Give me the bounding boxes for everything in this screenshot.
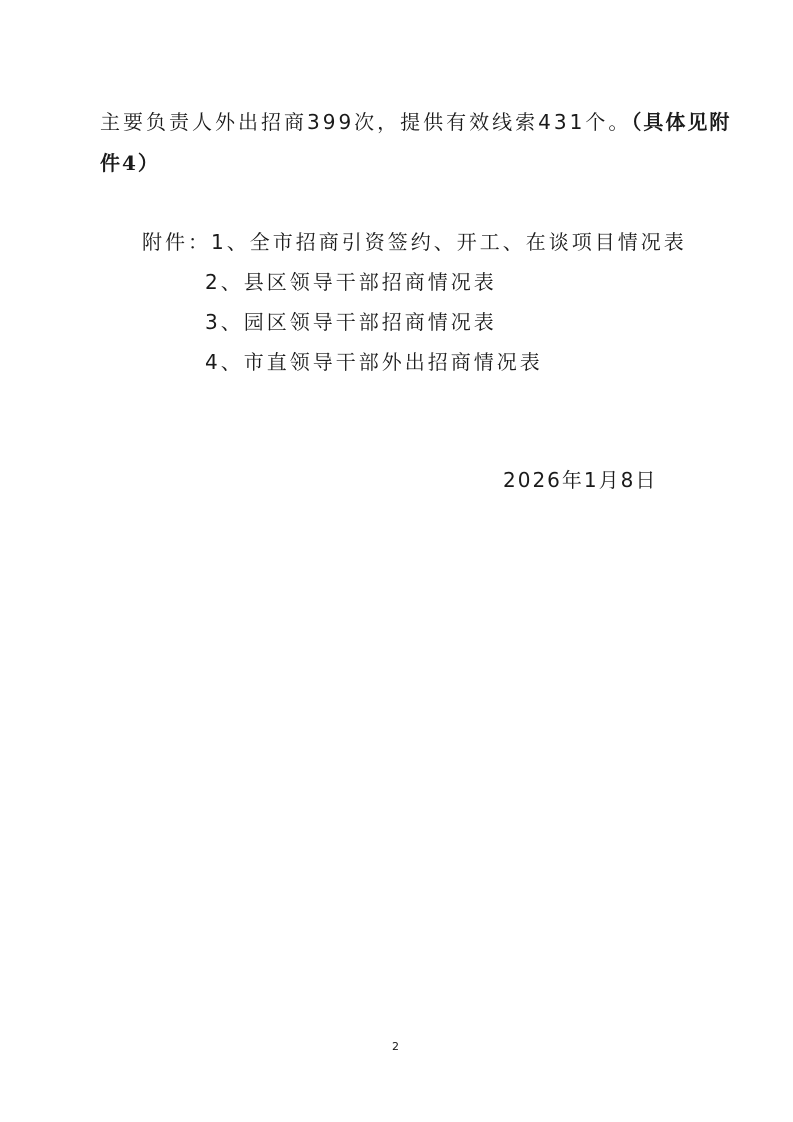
paragraph-text: 主要负责人外出招商399次，提供有效线索431个。 (100, 110, 631, 134)
attachment-item-4: 4、市直领导干部外出招商情况表 (205, 350, 543, 374)
attachments-label: 附件： (142, 230, 211, 254)
paragraph-bold-ref: （具体见附 (631, 110, 731, 134)
page-number: 2 (392, 1040, 399, 1053)
attachment-item-1: 附件：1、全市招商引资签约、开工、在谈项目情况表 (142, 230, 687, 254)
attachment-item-3: 3、园区领导干部招商情况表 (205, 310, 497, 334)
attachment-item-2: 2、县区领导干部招商情况表 (205, 270, 497, 294)
paragraph-line-2: 件4） (100, 151, 160, 175)
attachment-text: 1、全市招商引资签约、开工、在谈项目情况表 (211, 230, 687, 254)
document-date: 2026年1月8日 (503, 468, 657, 492)
paragraph-line-1: 主要负责人外出招商399次，提供有效线索431个。（具体见附 (100, 110, 731, 134)
